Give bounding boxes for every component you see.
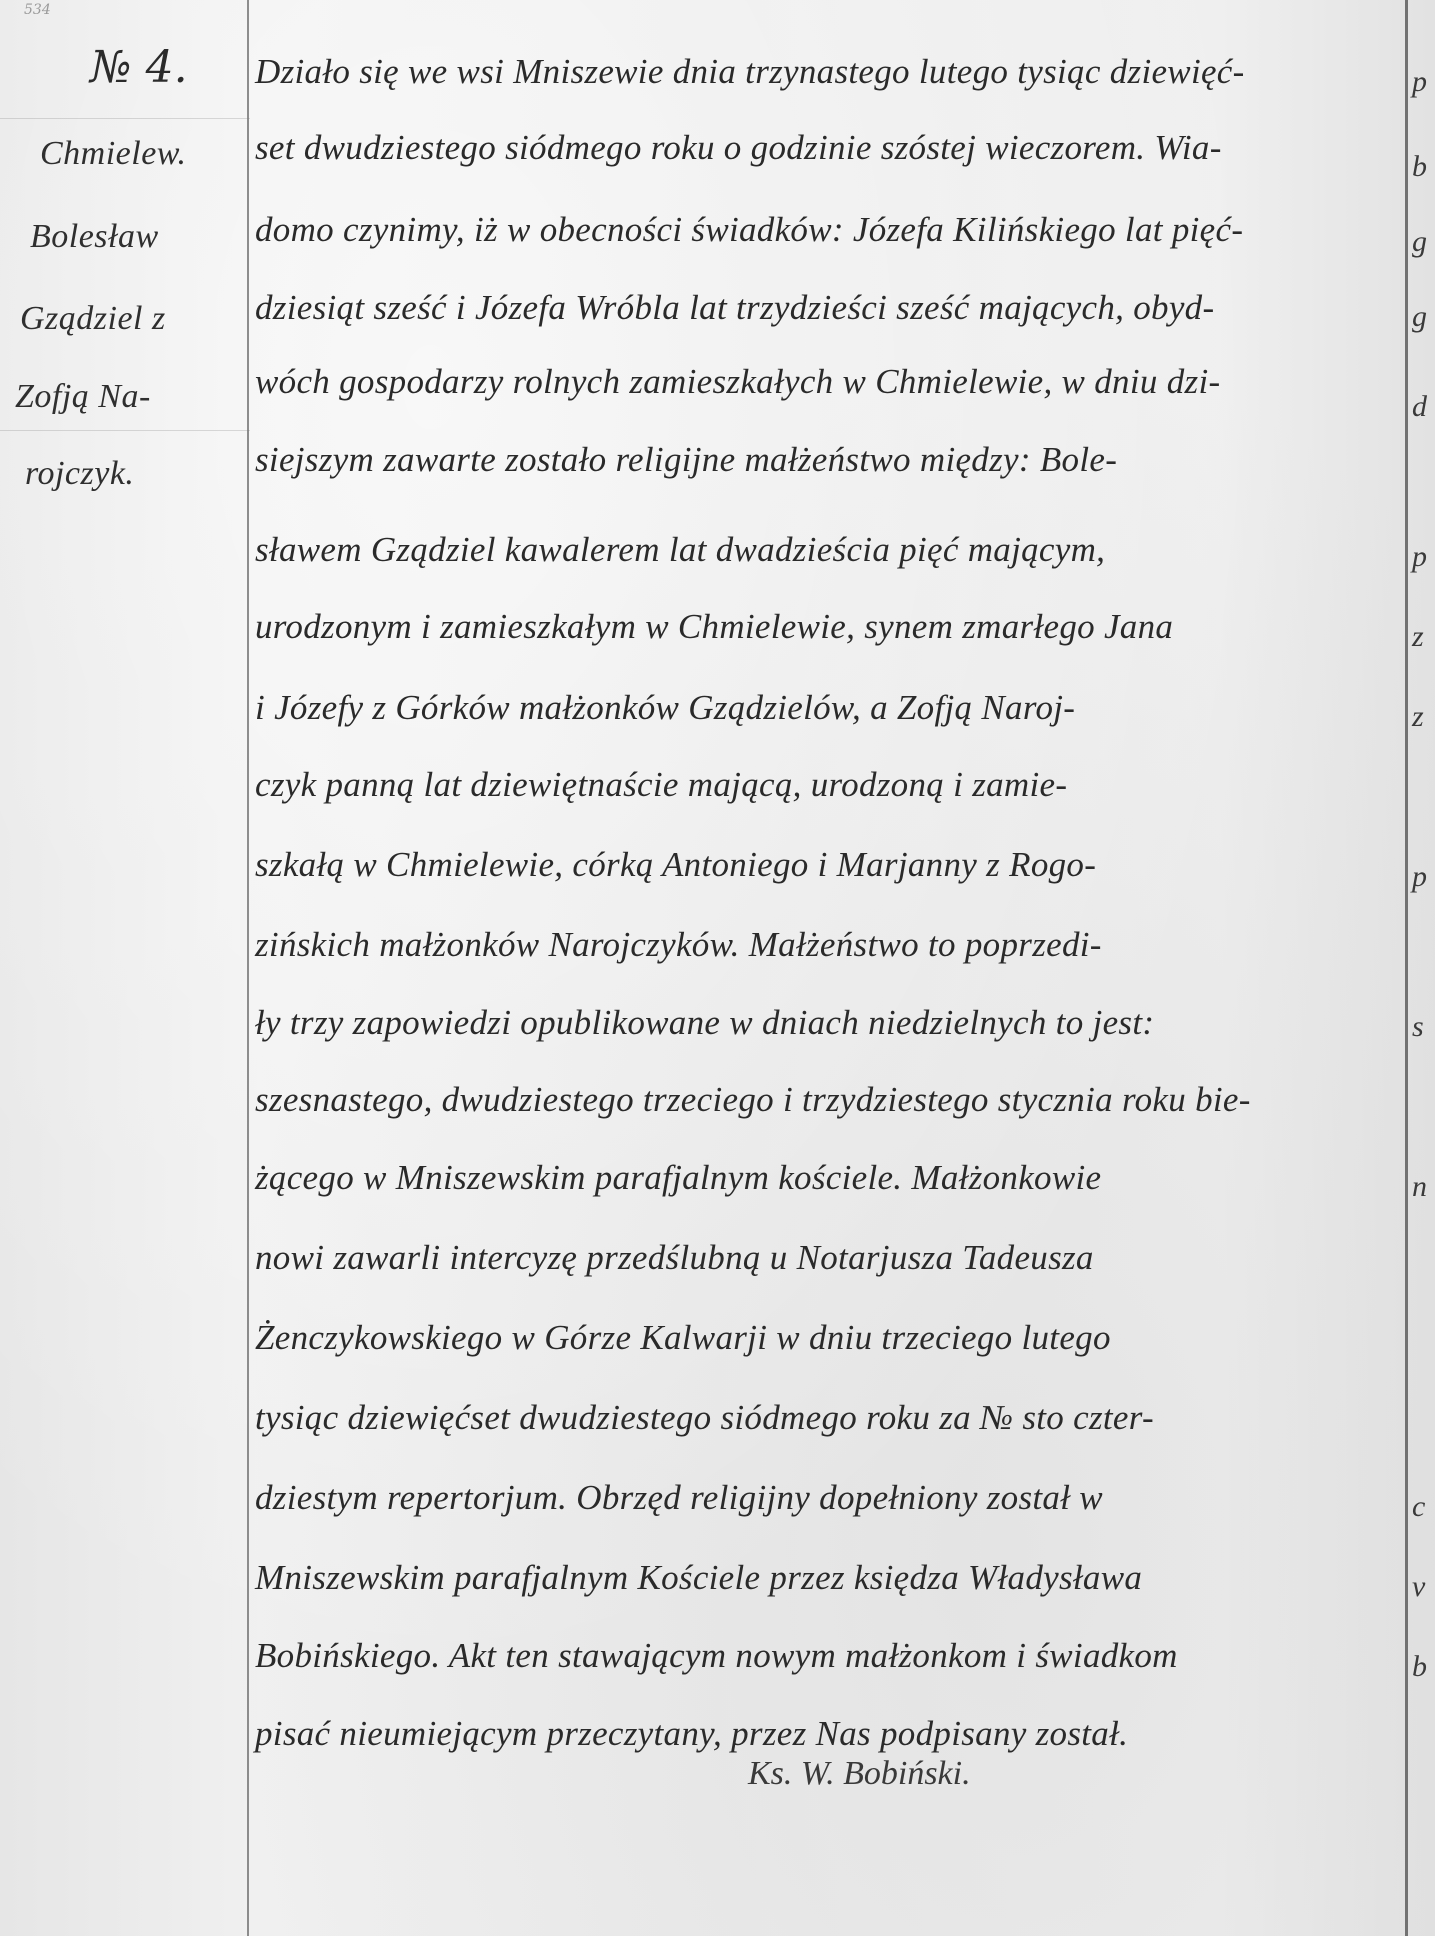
register-page: 534 № 4. Chmielew. Bolesław Gządziel z Z… [0,0,1435,1936]
facing-fragment: b [1412,1650,1427,1684]
record-line: sławem Gządziel kawalerem lat dwadzieści… [255,530,1105,570]
entry-number: № 4. [90,42,188,93]
record-line: Mniszewskim parafjalnym Kościele przez k… [255,1558,1142,1598]
record-line: i Józefy z Górków małżonków Gządzielów, … [255,688,1075,728]
record-line: szesnastego, dwudziestego trzeciego i tr… [255,1080,1251,1120]
facing-fragment: c [1412,1490,1425,1524]
record-line: siejszym zawarte zostało religijne małże… [255,440,1117,480]
record-line: Żenczykowskiego w Górze Kalwarji w dniu … [255,1318,1111,1358]
margin-bride-surname: rojczyk. [25,455,134,493]
margin-divider [0,118,250,119]
priest-signature: Ks. W. Bobiński. [748,1755,971,1793]
page-number: 534 [24,2,51,18]
facing-fragment: g [1412,225,1427,259]
record-line: Bobińskiego. Akt ten stawającym nowym ma… [255,1636,1178,1676]
margin-village: Chmielew. [40,135,186,173]
facing-fragment: n [1412,1170,1427,1204]
record-line: czyk panną lat dziewiętnaście mającą, ur… [255,765,1067,805]
record-line: tysiąc dziewięćset dwudziestego siódmego… [255,1398,1154,1438]
record-line: szkałą w Chmielewie, córką Antoniego i M… [255,845,1096,885]
facing-fragment: d [1412,390,1427,424]
record-line: Działo się we wsi Mniszewie dnia trzynas… [255,52,1245,92]
record-line: zińskich małżonków Narojczyków. Małżeńst… [255,925,1102,965]
record-line: set dwudziestego siódmego roku o godzini… [255,128,1222,168]
record-line: urodzonym i zamieszkałym w Chmielewie, s… [255,607,1173,647]
margin-rule-left [247,0,249,1936]
record-line: żącego w Mniszewskim parafjalnym kościel… [255,1158,1101,1198]
margin-rule-right [1405,0,1408,1936]
facing-fragment: s [1412,1010,1424,1044]
record-line: pisać nieumiejącym przeczytany, przez Na… [255,1714,1128,1754]
record-line: dziestym repertorjum. Obrzęd religijny d… [255,1478,1103,1518]
margin-divider [0,430,250,431]
facing-fragment: p [1412,860,1427,894]
facing-fragment: b [1412,150,1427,184]
margin-bride-name: Zofją Na- [15,378,151,416]
margin-groom-surname: Gządziel z [20,300,166,338]
facing-fragment: z [1412,620,1424,654]
facing-fragment: z [1412,700,1424,734]
facing-fragment: g [1412,300,1427,334]
facing-fragment: v [1412,1570,1425,1604]
record-line: ły trzy zapowiedzi opublikowane w dniach… [255,1003,1154,1043]
record-line: dziesiąt sześć i Józefa Wróbla lat trzyd… [255,288,1214,328]
margin-groom-first-name: Bolesław [30,218,159,256]
record-line: wóch gospodarzy rolnych zamieszkałych w … [255,362,1220,402]
facing-fragment: p [1412,540,1427,574]
record-line: domo czynimy, iż w obecności świadków: J… [255,210,1243,250]
record-line: nowi zawarli intercyzę przedślubną u Not… [255,1238,1094,1278]
facing-fragment: p [1412,65,1427,99]
facing-page-edge: p b g g d p z z p s n c v b [1410,0,1435,1936]
